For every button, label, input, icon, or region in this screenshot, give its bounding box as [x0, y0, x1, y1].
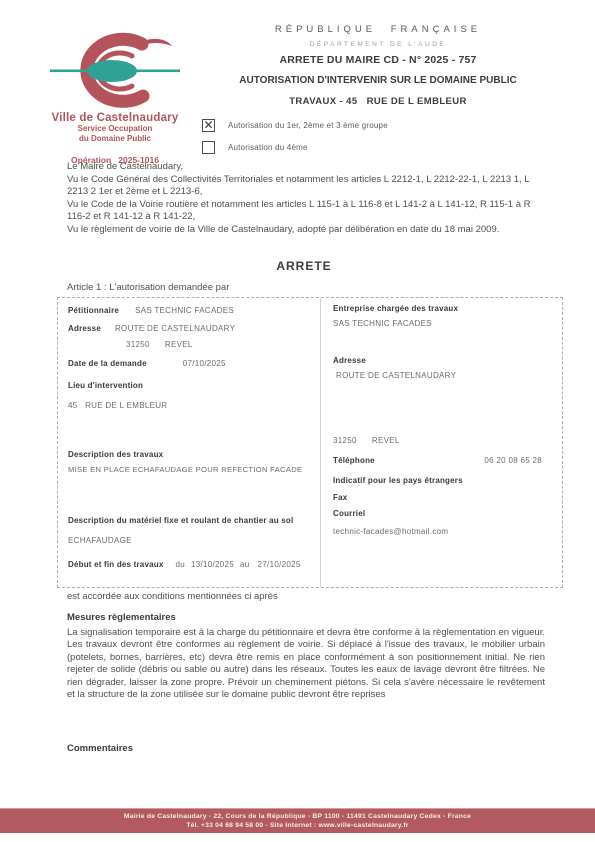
description-travaux-label: Description des travaux [68, 450, 163, 459]
logo-service-line1: Service Occupation [26, 124, 204, 134]
logo-service-line2: du Domaine Public [26, 134, 204, 144]
courriel-label-row: Courriel [333, 509, 550, 518]
mesures-title: Mesures règlementaires [67, 612, 545, 623]
au-label: au [240, 560, 250, 569]
indicatif-label: Indicatif pour les pays étrangers [333, 476, 463, 485]
preamble-line-maire: Le Maire de Castelnaudary, [67, 161, 541, 174]
description-materiel-label: Description du matériel fixe et roulant … [68, 516, 293, 525]
adresse-label: Adresse [68, 324, 101, 333]
checkbox-group4-label: Autorisation du 4ème [228, 143, 308, 152]
document-header: RÉPUBLIQUE FRANÇAISE DÉPARTEMENT DE L'AU… [172, 24, 584, 107]
preamble-vu-cgct: Vu le Code Général des Collectivités Ter… [67, 174, 541, 199]
entreprise-value: SAS TECHNIC FACADES [333, 319, 432, 328]
checkbox-row-group123: ✕ Autorisation du 1er, 2ème et 3 ème gro… [202, 119, 388, 132]
lieu-intervention-label: Lieu d'intervention [68, 381, 143, 390]
footer-address-line: Mairie de Castelnaudary - 22, Cours de l… [0, 813, 595, 822]
telephone-value: 06 20 08 65 28 [484, 456, 542, 465]
arrete-section-title: ARRETE [67, 259, 541, 273]
mesures-section: Mesures règlementaires La signalisation … [67, 612, 545, 701]
petitionnaire-value: SAS TECHNIC FACADES [135, 306, 234, 315]
checkbox-group123-checked: ✕ [202, 119, 215, 132]
du-label: du [176, 560, 186, 569]
article-1-line: Article 1 : L'autorisation demandée par [67, 282, 229, 293]
entreprise-adresse-value: ROUTE DE CASTELNAUDARY [336, 371, 456, 380]
date-fin-value: 27/10/2025 [258, 560, 301, 569]
footer-band: Mairie de Castelnaudary - 22, Cours de l… [0, 808, 595, 833]
telephone-label: Téléphone [333, 456, 375, 465]
ville-row: 31250 REVEL [68, 340, 312, 349]
date-demande-value: 07/10/2025 [183, 359, 226, 368]
autorisation-title-line: AUTORISATION D'INTERVENIR SUR LE DOMAINE… [172, 75, 584, 86]
indicatif-row: Indicatif pour les pays étrangers [333, 476, 550, 485]
adresse-row: Adresse ROUTE DE CASTELNAUDARY [68, 324, 312, 333]
castelnaudary-logo-icon [46, 32, 184, 110]
date-demande-row: Date de la demande 07/10/2025 [68, 359, 312, 368]
petitionnaire-row: Pétitionnaire SAS TECHNIC FACADES [68, 306, 312, 315]
debut-fin-label: Début et fin des travaux [68, 560, 164, 569]
contractor-cell: Entreprise chargée des travaux SAS TECHN… [320, 298, 562, 587]
telephone-row: Téléphone 06 20 08 65 28 [333, 456, 550, 465]
ville-value: 31250 REVEL [126, 340, 193, 349]
desc-travaux-value-row: MISE EN PLACE ECHAFAUDAGE POUR REFECTION… [68, 465, 312, 474]
preamble-vu-voirie: Vu le Code de la Voirie routière et nota… [67, 199, 541, 224]
travaux-title-line: TRAVAUX - 45 RUE DE L EMBLEUR [172, 96, 584, 107]
courriel-value: technic-facades@hotmail.com [333, 527, 448, 536]
entreprise-adresse-label: Adresse [333, 356, 366, 365]
document-page: Ville de Castelnaudary Service Occupatio… [0, 0, 595, 842]
fax-label: Fax [333, 493, 347, 502]
date-demande-label: Date de la demande [68, 359, 147, 368]
entreprise-label: Entreprise chargée des travaux [333, 304, 458, 313]
debut-fin-row: Début et fin des travaux du 13/10/2025 a… [68, 560, 312, 569]
checkbox-row-group4: Autorisation du 4ème [202, 141, 388, 154]
entreprise-label-row: Entreprise chargée des travaux [333, 304, 550, 313]
logo-city-name: Ville de Castelnaudary [26, 112, 204, 124]
lieu-intervention-value: 45 RUE DE L EMBLEUR [68, 401, 167, 410]
entreprise-ville-row: 31250 REVEL [333, 436, 550, 445]
desc-materiel-label-row: Description du matériel fixe et roulant … [68, 516, 312, 525]
desc-materiel-value-row: ECHAFAUDAGE [68, 536, 312, 545]
adresse-value: ROUTE DE CASTELNAUDARY [115, 324, 235, 333]
checkbox-group123-label: Autorisation du 1er, 2ème et 3 ème group… [228, 121, 388, 130]
description-travaux-value: MISE EN PLACE ECHAFAUDAGE POUR REFECTION… [68, 465, 302, 474]
arrete-number-line: ARRETE DU MAIRE CD - N° 2025 - 757 [172, 54, 584, 66]
entreprise-adresse-label-row: Adresse [333, 356, 550, 365]
footer-contact-line: Tél. +33 04 68 94 58 00 - Site Internet … [0, 822, 595, 831]
courriel-label: Courriel [333, 509, 365, 518]
lieu-value-row: 45 RUE DE L EMBLEUR [68, 401, 312, 410]
desc-travaux-label-row: Description des travaux [68, 450, 312, 459]
petitioner-cell: Pétitionnaire SAS TECHNIC FACADES Adress… [58, 298, 320, 587]
petitionnaire-label: Pétitionnaire [68, 306, 119, 315]
fax-row: Fax [333, 493, 550, 502]
mesures-body: La signalisation temporaire est à la cha… [67, 627, 545, 701]
legal-preamble: Le Maire de Castelnaudary, Vu le Code Gé… [67, 161, 541, 237]
date-debut-value: 13/10/2025 [191, 560, 234, 569]
preamble-vu-reglement: Vu le règlement de voirie de la Ville de… [67, 224, 541, 237]
checkbox-group4-unchecked [202, 141, 215, 154]
commentaires-label: Commentaires [67, 743, 133, 754]
authorization-form-table: Pétitionnaire SAS TECHNIC FACADES Adress… [57, 297, 563, 588]
description-materiel-value: ECHAFAUDAGE [68, 536, 132, 545]
entreprise-ville-value: 31250 REVEL [333, 436, 400, 445]
entreprise-value-row: SAS TECHNIC FACADES [333, 319, 550, 328]
republique-line: RÉPUBLIQUE FRANÇAISE [172, 24, 584, 35]
authorization-checkboxes: ✕ Autorisation du 1er, 2ème et 3 ème gro… [202, 119, 388, 163]
entreprise-adresse-value-row: ROUTE DE CASTELNAUDARY [333, 371, 550, 380]
closing-conditions-line: est accordée aux conditions mentionnées … [67, 591, 278, 602]
departement-line: DÉPARTEMENT DE L'AUDE [172, 41, 584, 48]
courriel-value-row: technic-facades@hotmail.com [333, 527, 550, 536]
lieu-row: Lieu d'intervention [68, 381, 312, 390]
